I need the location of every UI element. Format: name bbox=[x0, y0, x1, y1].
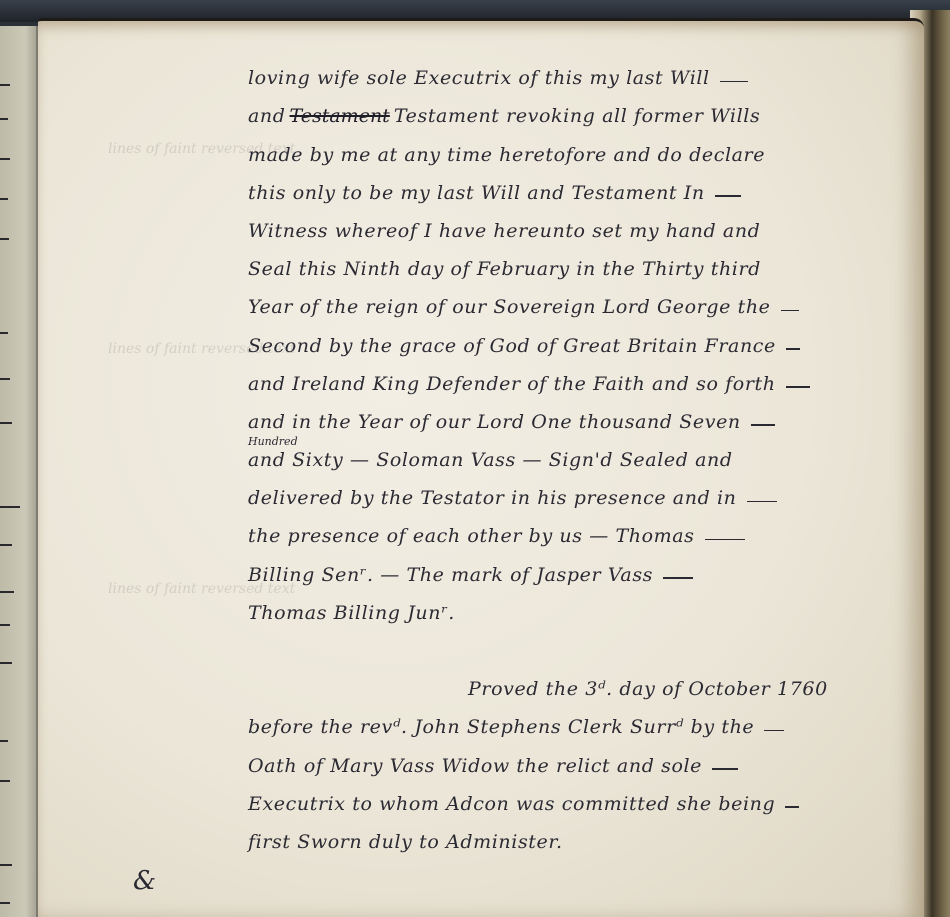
text-line: Billing Senʳ. — The mark of Jasper Vass bbox=[248, 547, 918, 585]
left-page-tick bbox=[0, 864, 12, 866]
line-filler-dash bbox=[663, 577, 693, 579]
left-page-tick bbox=[0, 780, 10, 782]
line-filler-dash bbox=[764, 730, 784, 732]
text-line: Thomas Billing Junʳ. bbox=[248, 586, 918, 624]
text-line: first Sworn duly to Administer. bbox=[248, 815, 918, 853]
line-filler-dash bbox=[786, 386, 810, 388]
left-page-tick bbox=[0, 158, 10, 160]
text-line: Hundred and Sixty — Soloman Vass — Sign'… bbox=[248, 433, 918, 471]
line-filler-dash bbox=[747, 501, 777, 503]
text-line: and Testament Testament revoking all for… bbox=[248, 89, 918, 127]
left-page-tick bbox=[0, 118, 8, 120]
text-line: the presence of each other by us — Thoma… bbox=[248, 509, 918, 547]
text-line: loving wife sole Executrix of this my la… bbox=[248, 51, 918, 89]
margin-ampersand-mark: & bbox=[133, 866, 156, 896]
left-page-tick bbox=[0, 740, 8, 742]
text-line: Seal this Ninth day of February in the T… bbox=[248, 242, 918, 280]
text-line: Second by the grace of God of Great Brit… bbox=[248, 318, 918, 356]
left-page-tick bbox=[0, 624, 10, 626]
struck-out-word: Testament bbox=[290, 105, 390, 127]
text-line: made by me at any time heretofore and do… bbox=[248, 127, 918, 165]
left-page-edge bbox=[0, 26, 38, 917]
line-filler-dash bbox=[781, 310, 799, 312]
text-line: before the revᵈ. John Stephens Clerk Sur… bbox=[248, 700, 918, 738]
left-page-tick bbox=[0, 902, 10, 904]
will-text: loving wife sole Executrix of this my la… bbox=[248, 51, 918, 853]
probate-heading-line: Proved the 3ᵈ. day of October 1760 bbox=[248, 662, 918, 700]
line-filler-dash bbox=[712, 768, 738, 770]
left-page-tick bbox=[0, 238, 9, 240]
text-line: Witness whereof I have hereunto set my h… bbox=[248, 204, 918, 242]
text-line: and Ireland King Defender of the Faith a… bbox=[248, 357, 918, 395]
left-page-tick bbox=[0, 544, 12, 546]
interlinear-insertion: Hundred bbox=[248, 435, 298, 448]
blank-line bbox=[248, 624, 918, 662]
text-line: Year of the reign of our Sovereign Lord … bbox=[248, 280, 918, 318]
left-page-tick bbox=[0, 332, 8, 334]
text-line: this only to be my last Will and Testame… bbox=[248, 166, 918, 204]
line-filler-dash bbox=[786, 348, 800, 350]
text-line: and in the Year of our Lord One thousand… bbox=[248, 395, 918, 433]
text-line: Executrix to whom Adcon was committed sh… bbox=[248, 777, 918, 815]
line-filler-dash bbox=[705, 539, 745, 541]
text-line: Oath of Mary Vass Widow the relict and s… bbox=[248, 738, 918, 776]
left-page-tick bbox=[0, 422, 12, 424]
manuscript-page: lines of faint reversed text lines of fa… bbox=[38, 18, 924, 917]
left-page-tick bbox=[0, 198, 8, 200]
line-filler-dash bbox=[751, 424, 775, 426]
left-page-tick bbox=[0, 506, 20, 508]
line-filler-dash bbox=[720, 81, 748, 83]
left-page-tick bbox=[0, 662, 12, 664]
left-page-tick bbox=[0, 591, 14, 593]
left-page-tick bbox=[0, 84, 10, 86]
left-page-tick bbox=[0, 378, 10, 380]
line-filler-dash bbox=[715, 195, 741, 197]
text-line: delivered by the Testator in his presenc… bbox=[248, 471, 918, 509]
line-filler-dash bbox=[785, 806, 799, 808]
